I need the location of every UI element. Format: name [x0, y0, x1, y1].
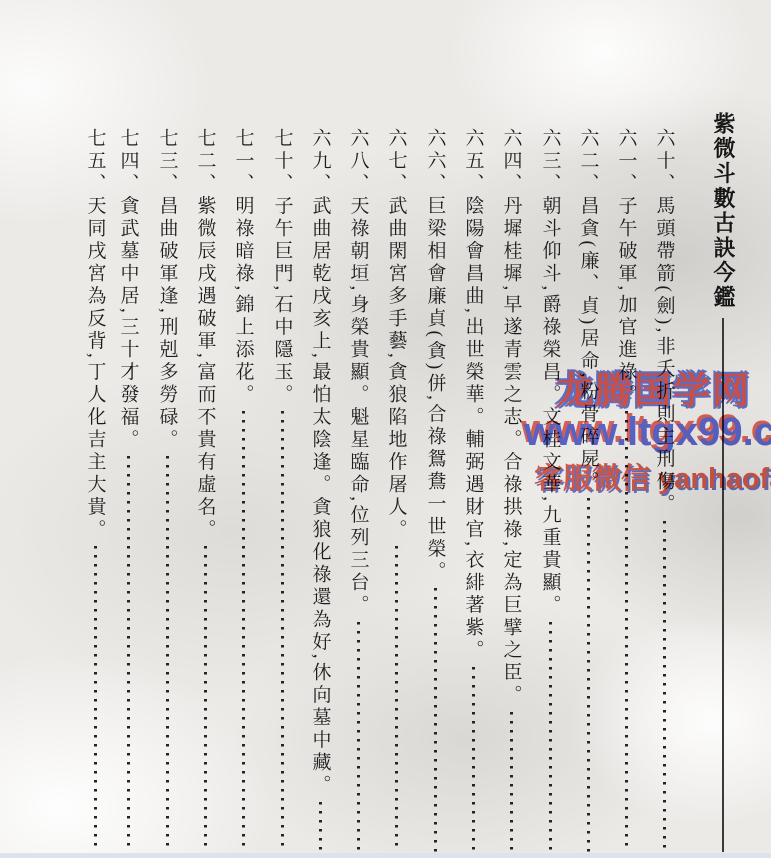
dotted-leader	[94, 546, 97, 852]
dotted-leader	[434, 588, 437, 852]
dotted-leader	[663, 521, 666, 852]
toc-entry-text: 七十、子午巨門,石中隱玉。	[273, 128, 292, 406]
toc-entry-text: 六六、巨梁相會廉貞(貪)併,合祿鴛鴦一世榮。	[426, 128, 445, 583]
dotted-leader	[587, 498, 590, 852]
toc-entry-text: 七四、貪武墓中居,三十才發福。	[119, 128, 138, 451]
toc-entry-text: 七三、昌曲破軍逢,刑剋多勞碌。	[158, 128, 177, 451]
dotted-leader	[166, 456, 169, 852]
toc-entry-70: 七十、子午巨門,石中隱玉。	[260, 128, 304, 852]
dotted-leader	[319, 802, 322, 852]
toc-entry-text: 六九、武曲居乾戌亥上,最怕太陰逢。貪狼化祿還為好,休向墓中藏。	[311, 128, 330, 797]
toc-entry-text: 六四、丹墀桂墀,早遂青雲之志。合祿拱祿,定為巨擘之臣。	[502, 128, 521, 707]
toc-entry-73: 七三、昌曲破軍逢,刑剋多勞碌。	[145, 128, 189, 852]
dotted-leader	[127, 456, 130, 852]
toc-entry-72: 七二、紫微辰戌遇破軍,富而不貴有虛名。	[183, 128, 227, 852]
toc-entry-text: 七二、紫微辰戌遇破軍,富而不貴有虛名。	[196, 128, 215, 541]
toc-entry-64: 六四、丹墀桂墀,早遂青雲之志。合祿拱祿,定為巨擘之臣。	[489, 128, 533, 852]
dotted-leader	[357, 622, 360, 852]
watermark-contact: 客服微信 yanhaofan225	[534, 456, 771, 497]
toc-entry-text: 六八、天祿朝垣,身榮貴顯。魁星臨命,位列三台。	[349, 128, 368, 617]
scan-bottom-edge	[0, 853, 771, 858]
dotted-leader	[510, 712, 513, 852]
toc-entry-67: 六七、武曲閑宮多手藝,貪狼陷地作屠人。	[374, 128, 418, 852]
dotted-leader	[395, 546, 398, 852]
scanned-book-page: 紫微斗數古訣今鑑 六十、馬頭帶箭(劍),非夭折則主刑傷。 六一、子午破軍,加官進…	[0, 0, 771, 858]
toc-entry-75: 七五、天同戌宮為反背,丁人化吉主大貴。	[73, 128, 117, 852]
dotted-leader	[472, 667, 475, 852]
dotted-leader	[281, 411, 284, 852]
watermark-site-name: 龙腾国学网	[556, 360, 751, 414]
dotted-leader	[204, 546, 207, 852]
toc-entry-71: 七一、明祿暗祿,錦上添花。	[221, 128, 265, 852]
page-title: 紫微斗數古訣今鑑	[712, 112, 734, 310]
toc-entry-65: 六五、陰陽會昌曲,出世榮華。輔弼遇財官,衣緋著紫。	[451, 128, 495, 852]
toc-entry-text: 七一、明祿暗祿,錦上添花。	[234, 128, 253, 406]
toc-entry-text: 七五、天同戌宮為反背,丁人化吉主大貴。	[86, 128, 105, 541]
toc-entry-69: 六九、武曲居乾戌亥上,最怕太陰逢。貪狼化祿還為好,休向墓中藏。	[298, 128, 342, 852]
dotted-leader	[549, 622, 552, 852]
toc-entry-66: 六六、巨梁相會廉貞(貪)併,合祿鴛鴦一世榮。	[413, 128, 457, 852]
toc-entry-text: 六五、陰陽會昌曲,出世榮華。輔弼遇財官,衣緋著紫。	[464, 128, 483, 662]
toc-entry-text: 六七、武曲閑宮多手藝,貪狼陷地作屠人。	[387, 128, 406, 541]
toc-entry-68: 六八、天祿朝垣,身榮貴顯。魁星臨命,位列三台。	[336, 128, 380, 852]
watermark-url: www.ltgx99.com	[524, 410, 771, 455]
dotted-leader	[242, 411, 245, 852]
